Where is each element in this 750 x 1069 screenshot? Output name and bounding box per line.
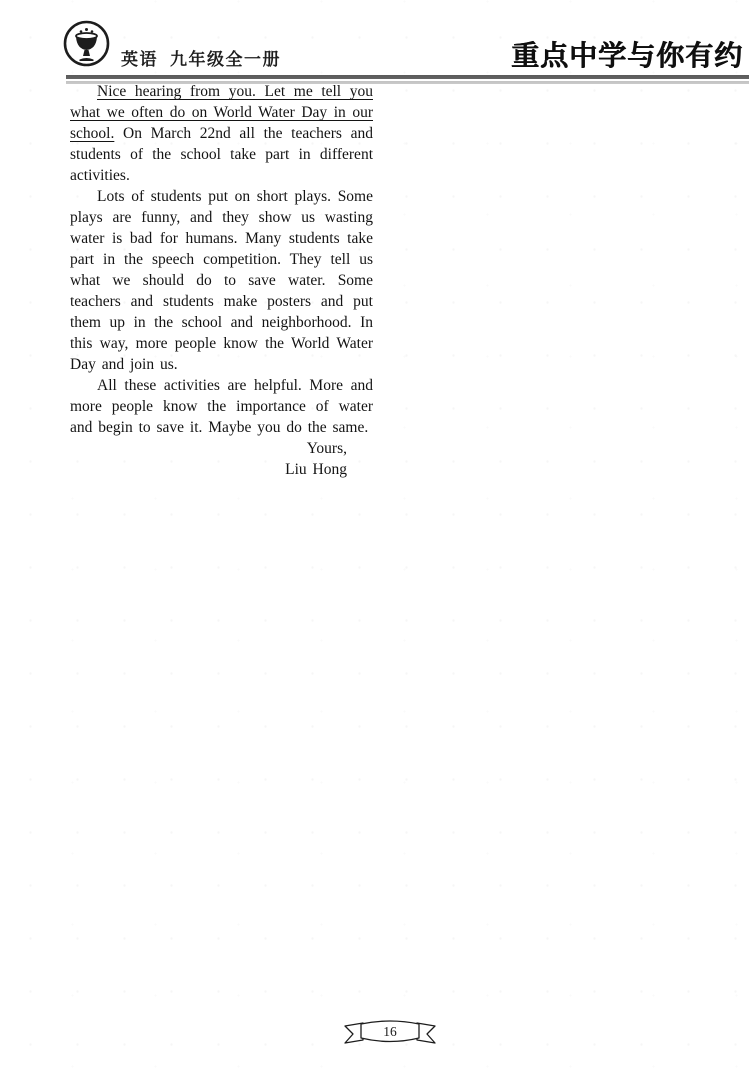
paragraph-1-rest: On March 22nd all the teachers and stude… [70, 125, 373, 184]
publisher-trophy-logo-icon [62, 19, 111, 68]
letter-body: Nice hearing from you. Let me tell you w… [70, 81, 373, 480]
series-title: 英语九年级全一册 [121, 45, 281, 70]
brand-title: 重点中学与你有约 [511, 34, 743, 74]
page-number-ribbon: 16 [343, 1017, 437, 1045]
letter-closing: Yours, [70, 438, 347, 459]
series-volume: 九年级全一册 [170, 50, 281, 69]
letter-signature-block: Yours, Liu Hong [70, 438, 373, 480]
series-subject: 英语 [121, 50, 158, 69]
textbook-page: 英语九年级全一册 重点中学与你有约 Nice hearing from you.… [0, 0, 750, 1069]
page-number: 16 [383, 1024, 397, 1039]
letter-paragraph-1: Nice hearing from you. Let me tell you w… [70, 81, 373, 186]
letter-paragraph-3: All these activities are helpful. More a… [70, 375, 373, 438]
letter-paragraph-2: Lots of students put on short plays. Som… [70, 186, 373, 375]
letter-signer-name: Liu Hong [70, 459, 347, 480]
